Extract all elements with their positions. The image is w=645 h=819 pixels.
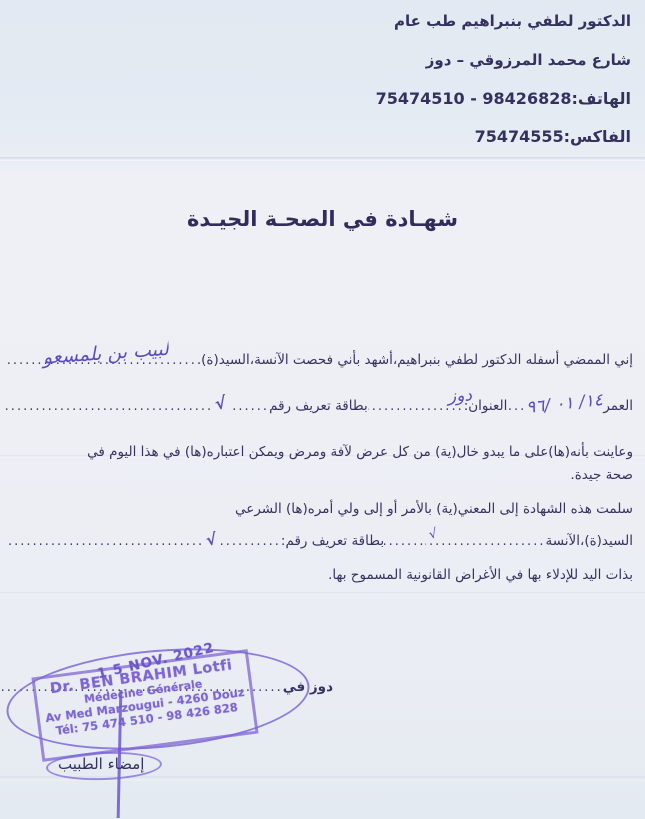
dots-after-id-label: .......................... <box>229 399 270 414</box>
age-handwritten: ١٤/ ٠١ /٩٦ <box>525 390 604 418</box>
id-check-handwritten: √ <box>214 393 229 415</box>
letterhead-doctor-name: الدكتور لطفي بنبراهيم طب عام <box>394 12 631 30</box>
recipient-id-label: بطاقة تعريف رقم: <box>281 533 384 549</box>
scanned-certificate-page: الدكتور لطفي بنبراهيم طب عام شارع محمد ا… <box>0 0 645 819</box>
intro-text: إني الممضي أسفله الدكتور لطفي بنبراهيم،أ… <box>197 352 633 368</box>
recipient-dotted-area: .......................... √ <box>425 533 545 549</box>
certificate-title: شهـادة في الصحـة الجيـدة <box>0 207 645 231</box>
examined-paragraph-line1: وعاينت بأنه(ها)على ما يبدو خال(ية) من كل… <box>87 438 633 467</box>
age-label: العمر <box>603 398 633 414</box>
letterhead-fax: الفاكس:75474555 <box>475 127 631 146</box>
dots-after-age: ........... <box>507 399 526 414</box>
letterhead-phone: الهاتف:98426828 - 75474510 <box>376 89 631 108</box>
dots-recipient: .......................... <box>425 534 545 549</box>
address-dotted-area: .......................... دوز <box>368 398 464 414</box>
closing-line: بذات اليد للإدلاء بها في الأغراض القانون… <box>328 567 633 583</box>
letterhead-street: شارع محمد المرزوقي – دوز <box>426 51 631 69</box>
id-card-label: بطاقة تعريف رقم <box>269 398 368 414</box>
fold-line-bottom <box>0 776 645 781</box>
dots-line2-tail: ........................................… <box>6 399 213 414</box>
age-address-id-line: العمر ١٤/ ٠١ /٩٦ ........... العنوان: ..… <box>6 394 633 414</box>
recipient-id-check-handwritten: √ <box>205 529 219 550</box>
recipient-line: السيد(ة)،الآنسة ........................… <box>6 530 633 549</box>
dots-recipient-tail: ........................................… <box>6 534 204 549</box>
place-label: دوز في <box>283 679 333 695</box>
address-handwritten: دوز <box>447 385 472 406</box>
fold-line-top <box>0 157 645 161</box>
recipient-label: السيد(ة)،الآنسة <box>545 533 633 549</box>
examined-paragraph-line2: صحة جيدة. <box>570 467 633 483</box>
delivered-line: سلمت هذه الشهادة إلى المعني(ية) بالأمر أ… <box>235 501 633 517</box>
dots-recipient-id: .......................... <box>219 534 281 549</box>
signature-label: إمضاء الطبيب <box>58 755 144 773</box>
fold-line-low <box>0 592 645 595</box>
dots-recipient-2: .......................... <box>384 534 425 549</box>
